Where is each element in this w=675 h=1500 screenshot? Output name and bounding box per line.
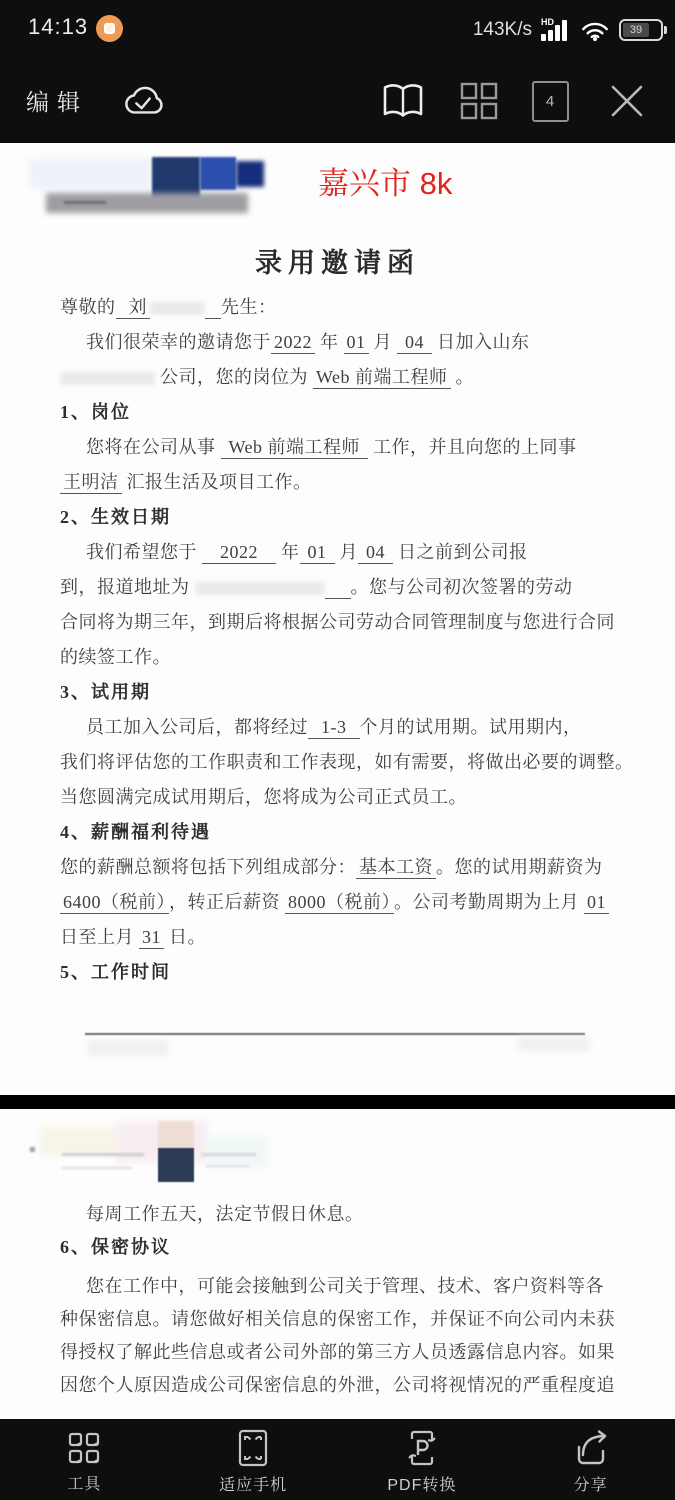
- text-segment: 尊敬的: [60, 297, 116, 317]
- text-segment: 01: [300, 542, 335, 564]
- text-segment: 2、生效日期: [60, 507, 171, 527]
- text-segment: 5、工作时间: [60, 962, 171, 982]
- text-segment: 31: [139, 927, 164, 949]
- hd-label: HD: [541, 17, 554, 27]
- text-segment: 月: [369, 332, 398, 352]
- pdf-convert-label: PDF转换: [387, 1472, 456, 1495]
- text-segment: 1、岗位: [60, 402, 131, 422]
- app-screen: 14:13 143K/s HD 39 编辑: [0, 0, 675, 1500]
- clock: 14:13: [28, 14, 88, 40]
- text-segment: 1-3: [308, 717, 360, 739]
- text-segment: 每周工作五天，法定节假日休息。: [86, 1204, 364, 1224]
- document-line: 6、保密协议: [60, 1231, 620, 1264]
- text-segment: 您在工作中，可能会接触到公司关于管理、技术、客户资料等各: [86, 1276, 604, 1296]
- text-segment: 公司，您的岗位为: [155, 367, 313, 387]
- status-indicators: 143K/s HD 39: [473, 0, 663, 60]
- text-segment: 的续签工作。: [60, 647, 171, 667]
- blank-underline-rule: [85, 1033, 585, 1035]
- text-segment: 当您圆满完成试用期后，您将成为公司正式员工。: [60, 787, 467, 807]
- edit-button[interactable]: 编辑: [26, 84, 88, 117]
- text-segment: 日至上月: [60, 927, 139, 947]
- document-line: 尊敬的 刘 先生：: [60, 290, 620, 325]
- document-line: 2、生效日期: [60, 500, 620, 535]
- document-line: 员工加入公司后，都将经过 1-3 个月的试用期。试用期内，: [60, 710, 620, 745]
- close-icon: [608, 82, 646, 120]
- text-segment: 日加入山东: [432, 332, 530, 352]
- tools-button[interactable]: 工具: [0, 1419, 169, 1500]
- text-segment: 2022: [271, 332, 315, 354]
- text-segment: 得授权了解此些信息或者公司外部的第三方人员透露信息内容。如果: [60, 1342, 615, 1362]
- text-segment: 我们很荣幸的邀请您于: [86, 332, 271, 352]
- text-segment: Web 前端工程师: [221, 437, 369, 459]
- text-segment: 我们将评估您的工作职责和工作表现，如有需要，将做出必要的调整。: [60, 752, 634, 772]
- red-annotation: 嘉兴市 8k: [318, 158, 452, 203]
- document-line: 5、工作时间: [60, 955, 620, 990]
- text-segment: 工作，并且向您的上同事: [368, 437, 577, 457]
- document-line: 公司，您的岗位为 Web 前端工程师 。: [60, 360, 620, 395]
- text-segment: 您的薪酬总额将包括下列组成部分：: [60, 857, 356, 877]
- text-segment: [205, 297, 221, 319]
- faded-artifact: [88, 1040, 168, 1056]
- text-segment: 王明洁: [60, 472, 122, 494]
- pdf-convert-button[interactable]: PDF转换: [338, 1419, 507, 1500]
- document-line: 到，报道地址为 。您与公司初次签署的劳动: [60, 570, 620, 605]
- battery-level: 39: [623, 23, 649, 37]
- text-segment: 月: [335, 542, 359, 562]
- document-line: 我们将评估您的工作职责和工作表现，如有需要，将做出必要的调整。: [60, 745, 620, 780]
- text-segment: ，转正后薪资: [169, 892, 285, 912]
- document-line: 您的薪酬总额将包括下列组成部分：基本工资。您的试用期薪资为: [60, 850, 620, 885]
- fit-phone-icon: [238, 1429, 268, 1467]
- text-segment: 汇报生活及项目工作。: [122, 472, 312, 492]
- document-line: 6400（税前），转正后薪资 8000（税前）。公司考勤周期为上月 01: [60, 885, 620, 920]
- cloud-sync-button[interactable]: [120, 78, 166, 124]
- page1-text: 尊敬的 刘 先生：我们很荣幸的邀请您于2022 年 01 月 04 日加入山东 …: [60, 290, 620, 990]
- text-segment: 日之前到公司报: [393, 542, 528, 562]
- document-line: 3、试用期: [60, 675, 620, 710]
- page-indicator-button[interactable]: 4: [527, 78, 573, 124]
- text-segment: 日。: [164, 927, 206, 947]
- close-button[interactable]: [604, 78, 650, 124]
- faded-artifact: [518, 1037, 590, 1051]
- tools-label: 工具: [67, 1471, 101, 1494]
- text-segment: 6、保密协议: [60, 1237, 171, 1257]
- text-segment: 01: [344, 332, 369, 354]
- wifi-icon: [580, 18, 610, 42]
- redacted-text: [195, 582, 325, 595]
- status-bar: 14:13 143K/s HD 39: [0, 0, 675, 60]
- network-speed: 143K/s: [473, 19, 532, 41]
- redacted-text: [150, 302, 205, 315]
- text-segment: 6400（税前）: [60, 892, 169, 914]
- text-segment: 年: [276, 542, 300, 562]
- text-segment: 员工加入公司后，都将经过: [86, 717, 308, 737]
- document-line: 您将在公司从事 Web 前端工程师 工作，并且向您的上同事: [60, 430, 620, 465]
- text-segment: 到，报道地址为: [60, 577, 195, 597]
- text-segment: 您将在公司从事: [86, 437, 221, 457]
- document-line: 1、岗位: [60, 395, 620, 430]
- company-logo-redacted: [28, 156, 268, 222]
- text-segment: 。公司考勤周期为上月: [394, 892, 584, 912]
- text-segment: 合同将为期三年，到期后将根据公司劳动合同管理制度与您进行合同: [60, 612, 615, 632]
- document-line: 4、薪酬福利待遇: [60, 815, 620, 850]
- document-line: 我们希望您于 2022 年 01 月 04 日之前到公司报: [60, 535, 620, 570]
- document-page-2[interactable]: 每周工作五天，法定节假日休息。6、保密协议您在工作中，可能会接触到公司关于管理、…: [0, 1109, 675, 1419]
- text-segment: 年: [315, 332, 344, 352]
- document-line: 我们很荣幸的邀请您于2022 年 01 月 04 日加入山东: [60, 325, 620, 360]
- text-segment: 04: [397, 332, 432, 354]
- share-icon: [572, 1429, 610, 1467]
- top-toolbar: 编辑 4: [0, 60, 675, 143]
- document-line: 您在工作中，可能会接触到公司关于管理、技术、客户资料等各: [60, 1270, 620, 1303]
- text-segment: 我们希望您于: [86, 542, 202, 562]
- document-line: 因您个人原因造成公司保密信息的外泄，公司将视情况的严重程度追: [60, 1369, 620, 1402]
- battery-icon: 39: [619, 19, 663, 41]
- document-line: 王明洁 汇报生活及项目工作。: [60, 465, 620, 500]
- page-number-icon: 4: [532, 81, 569, 122]
- cloud-check-icon: [120, 81, 166, 121]
- notification-app-icon: [96, 15, 123, 42]
- text-segment: 刘: [116, 297, 151, 319]
- tools-icon: [66, 1430, 102, 1466]
- grid-icon: [459, 81, 499, 121]
- text-segment: 因您个人原因造成公司保密信息的外泄，公司将视情况的严重程度追: [60, 1375, 615, 1395]
- text-segment: [325, 577, 351, 599]
- book-icon: [380, 82, 426, 120]
- document-line: 种保密信息。请您做好相关信息的保密工作，并保证不向公司内未获: [60, 1303, 620, 1336]
- document-line: 的续签工作。: [60, 640, 620, 675]
- read-mode-button[interactable]: [380, 78, 426, 124]
- current-page-number: 4: [546, 93, 554, 110]
- page2-text: 每周工作五天，法定节假日休息。6、保密协议您在工作中，可能会接触到公司关于管理、…: [60, 1198, 620, 1402]
- cell-signal-icon: HD: [541, 17, 571, 43]
- text-segment: 01: [584, 892, 609, 914]
- redacted-text: [60, 372, 155, 385]
- share-button[interactable]: 分享: [506, 1419, 675, 1500]
- pdf-convert-icon: [404, 1429, 440, 1467]
- share-label: 分享: [574, 1472, 608, 1495]
- text-segment: 种保密信息。请您做好相关信息的保密工作，并保证不向公司内未获: [60, 1309, 615, 1329]
- document-page-1[interactable]: 嘉兴市 8k 录用邀请函 尊敬的 刘 先生：我们很荣幸的邀请您于2022 年 0…: [0, 143, 675, 1095]
- text-segment: 。您与公司初次签署的劳动: [351, 577, 573, 597]
- text-segment: 个月的试用期。试用期内，: [360, 717, 582, 737]
- bottom-toolbar: 工具 适应手机 PDF转换 分享: [0, 1419, 675, 1500]
- fit-phone-label: 适应手机: [219, 1472, 287, 1495]
- text-segment: 4、薪酬福利待遇: [60, 822, 211, 842]
- text-segment: 基本工资: [356, 857, 436, 879]
- text-segment: 8000（税前）: [285, 892, 394, 914]
- document-line: 日至上月 31 日。: [60, 920, 620, 955]
- thumbnail-view-button[interactable]: [456, 78, 502, 124]
- text-segment: 3、试用期: [60, 682, 151, 702]
- text-segment: 04: [358, 542, 393, 564]
- company-logo-redacted: [28, 1121, 278, 1196]
- text-segment: 先生：: [221, 297, 277, 317]
- text-segment: 2022: [202, 542, 276, 564]
- document-line: 当您圆满完成试用期后，您将成为公司正式员工。: [60, 780, 620, 815]
- document-line: 每周工作五天，法定节假日休息。: [60, 1198, 620, 1231]
- text-segment: Web 前端工程师: [313, 367, 451, 389]
- document-line: 合同将为期三年，到期后将根据公司劳动合同管理制度与您进行合同: [60, 605, 620, 640]
- fit-phone-button[interactable]: 适应手机: [169, 1419, 338, 1500]
- document-line: 得授权了解此些信息或者公司外部的第三方人员透露信息内容。如果: [60, 1336, 620, 1369]
- text-segment: 。您的试用期薪资为: [436, 857, 603, 877]
- document-title: 录用邀请函: [0, 241, 675, 280]
- text-segment: 。: [451, 367, 475, 387]
